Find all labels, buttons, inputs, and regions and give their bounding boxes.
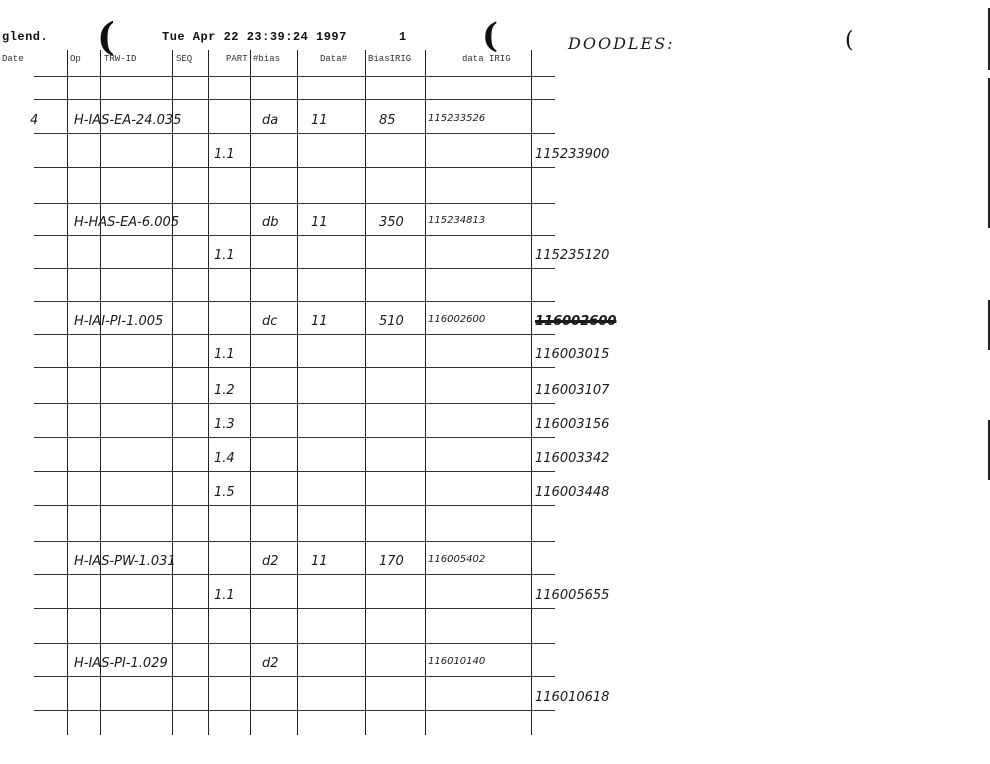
row-divider — [34, 541, 555, 542]
cell-bias: 11 — [311, 314, 328, 329]
cell-trw-id: H-HAS-EA-6.005 — [74, 215, 179, 230]
row-divider — [34, 574, 555, 575]
cell-bias: 11 — [311, 113, 328, 128]
column-divider — [425, 50, 426, 735]
cell-data-irig: 116003156 — [535, 417, 609, 432]
column-header: data IRIG — [462, 54, 511, 64]
cell-data-num: 85 — [379, 113, 396, 128]
row-divider — [34, 203, 555, 204]
row-divider — [34, 367, 555, 368]
row-divider — [34, 334, 555, 335]
row-divider — [34, 167, 555, 168]
cell-trw-id: H-IAI-PI-1.005 — [74, 314, 163, 329]
column-divider — [172, 50, 173, 735]
cell-part: d2 — [262, 554, 279, 569]
paren-mark-2: ( — [482, 16, 498, 56]
cell-seq: 1.1 — [214, 147, 235, 162]
row-divider — [34, 471, 555, 472]
column-divider — [250, 50, 251, 735]
row-divider — [34, 235, 555, 236]
cell-part: da — [262, 113, 278, 128]
cell-seq: 1.3 — [214, 417, 235, 432]
cell-data-irig: 116005655 — [535, 588, 609, 603]
cell-data-irig: 116003342 — [535, 451, 609, 466]
column-header: SEQ — [176, 54, 192, 64]
column-divider — [67, 50, 68, 735]
column-header: Op — [70, 54, 81, 64]
cell-data-irig: 116003015 — [535, 347, 609, 362]
paren-mark-3: ( — [845, 28, 854, 53]
column-header: PART — [226, 54, 248, 64]
cell-part: db — [262, 215, 279, 230]
row-divider — [34, 505, 555, 506]
cell-bias-irig: 116002600 — [428, 314, 485, 325]
row-divider — [34, 403, 555, 404]
cell-bias-irig: 115234813 — [428, 215, 485, 226]
cell-data-irig: 116010618 — [535, 690, 609, 705]
cell-seq: 1.1 — [214, 347, 235, 362]
cell-data-irig: 116003107 — [535, 383, 609, 398]
cell-data-irig: 115233900 — [535, 147, 609, 162]
cell-date: 4 — [30, 113, 38, 128]
cell-seq: 1.4 — [214, 451, 235, 466]
print-timestamp: Tue Apr 22 23:39:24 1997 — [162, 30, 347, 44]
column-header: Date — [2, 54, 24, 64]
cell-bias: 11 — [311, 554, 328, 569]
cell-trw-id: H-IAS-PW-1.031 — [74, 554, 176, 569]
cell-seq: 1.5 — [214, 485, 235, 500]
column-divider — [100, 50, 101, 735]
cell-seq: 1.1 — [214, 588, 235, 603]
row-divider — [34, 133, 555, 134]
doodles-note: DOODLES: — [568, 34, 675, 53]
row-divider — [34, 437, 555, 438]
cell-part: dc — [262, 314, 277, 329]
cell-seq: 1.2 — [214, 383, 235, 398]
row-divider — [34, 710, 555, 711]
cell-data-num: 170 — [379, 554, 404, 569]
column-divider — [208, 50, 209, 735]
cell-data-num: 510 — [379, 314, 404, 329]
cell-data-irig: 116003448 — [535, 485, 609, 500]
column-header: BiasIRIG — [368, 54, 411, 64]
column-header: Data# — [320, 54, 347, 64]
column-header: #bias — [253, 54, 280, 64]
cell-seq: 1.1 — [214, 248, 235, 263]
column-divider — [365, 50, 366, 735]
row-divider — [34, 301, 555, 302]
row-divider — [34, 76, 555, 77]
cell-data-irig: 116002600 — [535, 314, 616, 329]
cell-bias-irig: 116010140 — [428, 656, 485, 667]
row-divider — [34, 99, 555, 100]
column-header: TRW-ID — [104, 54, 136, 64]
cell-part: d2 — [262, 656, 279, 671]
row-divider — [34, 643, 555, 644]
column-divider — [531, 50, 532, 735]
cell-bias-irig: 115233526 — [428, 113, 485, 124]
cell-trw-id: H-IAS-PI-1.029 — [74, 656, 168, 671]
cell-trw-id: H-IAS-EA-24.035 — [74, 113, 181, 128]
cell-bias-irig: 116005402 — [428, 554, 485, 565]
row-divider — [34, 268, 555, 269]
row-divider — [34, 676, 555, 677]
row-divider — [34, 608, 555, 609]
cell-data-irig: 115235120 — [535, 248, 609, 263]
cell-bias: 11 — [311, 215, 328, 230]
log-name: glend. — [2, 30, 48, 44]
cell-data-num: 350 — [379, 215, 404, 230]
page-number: 1 — [399, 30, 407, 44]
column-divider — [297, 50, 298, 735]
